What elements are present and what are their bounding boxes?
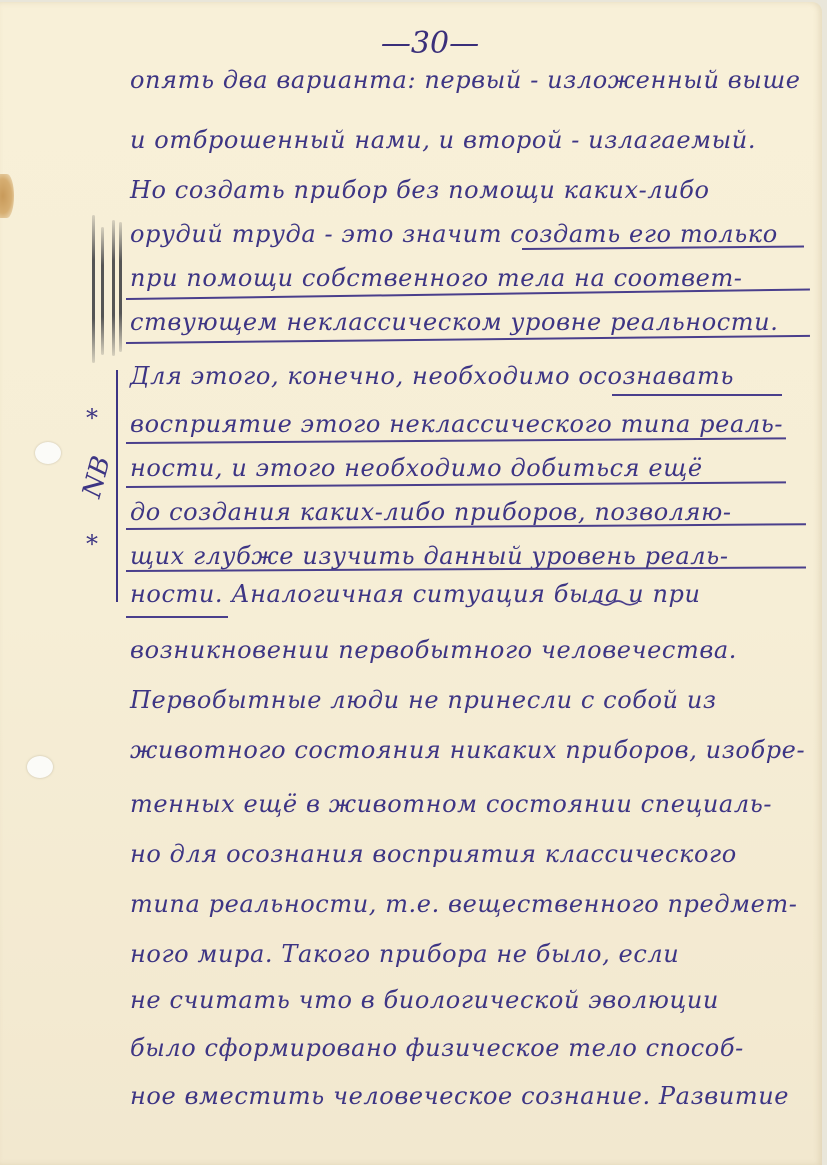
nota-bene-note: NB [77,453,117,501]
text-line: опять два варианта: первый - изложенный … [130,66,810,94]
text-line: возникновении первобытного человечества. [130,636,810,664]
underline-mark [126,616,228,618]
pencil-margin-mark [92,215,95,363]
text-line: при помощи собственного тела на соответ- [130,264,810,292]
text-line: восприятие этого неклассического типа ре… [130,410,810,438]
margin-vertical-line [116,370,118,602]
punch-hole-top [35,442,61,464]
pencil-margin-mark [112,220,115,356]
wavy-underline-mark [588,598,638,606]
underline-mark [126,481,786,487]
pencil-margin-mark [101,227,104,355]
text-line: ности. Аналогичная ситуация была и при [130,580,810,608]
text-line: ного мира. Такого прибора не было, если [130,940,810,968]
text-line: Для этого, конечно, необходимо осознават… [130,362,810,390]
manuscript-page: —30— опять два варианта: первый - изложе… [0,2,822,1165]
text-line: животного состояния никаких приборов, из… [130,736,810,764]
pencil-margin-mark [119,222,122,352]
asterisk-icon: * [86,530,98,558]
text-line: ное вместить человеческое сознание. Разв… [130,1082,810,1110]
text-line: Но создать прибор без помощи каких-либо [130,176,810,204]
text-line: тенных ещё в животном состоянии специаль… [130,790,810,818]
text-line: было сформировано физическое тело способ… [130,1034,810,1062]
underline-mark [126,335,810,344]
punch-hole-bottom [27,756,53,778]
text-line: орудий труда - это значит создать его то… [130,220,810,248]
underline-mark [612,394,782,396]
paper-stain [0,174,14,218]
text-line: но для осознания восприятия классическог… [130,840,810,868]
text-line: щих глубже изучить данный уровень реаль- [130,542,810,570]
asterisk-icon: * [86,404,98,432]
text-line: и отброшенный нами, и второй - излагаемы… [130,126,810,154]
underline-mark [126,437,786,443]
text-line: ствующем неклассическом уровне реальност… [130,308,810,336]
text-line: до создания каких-либо приборов, позволя… [130,498,810,526]
text-line: не считать что в биологической эволюции [130,986,810,1014]
text-line: Первобытные люди не принесли с собой из [130,686,810,714]
text-line: ности, и этого необходимо добиться ещё [130,454,810,482]
text-line: типа реальности, т.е. вещественного пред… [130,890,810,918]
page-number: —30— [370,26,490,61]
